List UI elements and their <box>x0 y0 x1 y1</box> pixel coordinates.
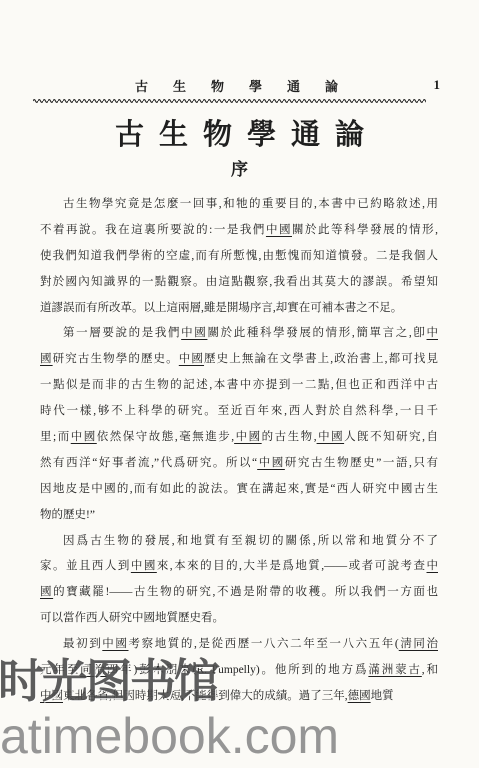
text-line: 物的歷史!” <box>40 503 438 529</box>
text-line: 一點似是而非的古生物的記述,本書中亦提到一二點,但也正和西洋中古 <box>40 373 438 399</box>
text-line: 使我們知道我們學術的空虛,而有所慙愧,由慙愧而知道憤發。二是我個人 <box>40 244 438 270</box>
text-line: 然有西洋“好事者流,”代爲研究。所以“中國研究古生物歷史”一語,只有 <box>40 451 438 477</box>
paragraph: 因爲古生物的發展,和地質有至親切的關係,所以常和地質分不了家。並且西人到中國來,… <box>40 529 438 633</box>
text-line: 古生物學究竟是怎麼一回事,和牠的重要目的,本書中已約略敘述,用 <box>40 192 438 218</box>
proper-noun-mark: 德國 <box>348 690 371 702</box>
watermark-cjk-text: 时光图书馆 <box>0 652 218 710</box>
text-line: 國的寶藏罷!——古生物的研究,不過是附帶的收穫。所以我們一方面也 <box>40 580 438 606</box>
text-line: 道謬誤而有所改革。以上這兩層,雖是開場序言,却實在可補本書之不足。 <box>40 296 438 322</box>
page-number: 1 <box>434 77 441 93</box>
proper-noun-mark: 淸同治 <box>399 638 438 650</box>
proper-noun-mark: 中國 <box>234 431 262 443</box>
text-line: 因地皮是中國的,而有如此的說法。實在講起來,實是“西人研究中國古生 <box>40 477 438 503</box>
proper-noun-mark: 中國 <box>181 327 207 339</box>
paragraph: 第一層要說的是我們中國關於此種科學發展的情形,簡單言之,卽中國研究古生物學的歷史… <box>40 321 438 528</box>
proper-noun-mark: 國 <box>40 353 53 365</box>
text-line: 對於國內知識界的一點觀察。由這點觀察,我看出其莫大的謬誤。希望知 <box>40 270 438 296</box>
proper-noun-mark: 中國 <box>257 457 285 469</box>
proper-noun-mark: 中國 <box>102 638 128 650</box>
proper-noun-mark: 中國 <box>131 560 157 572</box>
text-line: 時代一樣,够不上科學的研究。至近百年來,西人對於自然科學,一日千 <box>40 399 438 425</box>
book-title: 古生物學通論 <box>0 112 479 153</box>
proper-noun-mark: 中國 <box>179 353 204 365</box>
text-line: 第一層要說的是我們中國關於此種科學發展的情形,簡單言之,卽中 <box>40 321 438 347</box>
proper-noun-mark: 滿洲蒙古 <box>368 664 421 676</box>
body-text: 古生物學究竟是怎麼一回事,和牠的重要目的,本書中已約略敘述,用不着再說。我在這裏… <box>40 192 438 710</box>
text-line: 國研究古生物學的歷史。中國歷史上無論在文學書上,政治書上,都可找見 <box>40 347 438 373</box>
proper-noun-mark: 中 <box>427 560 438 572</box>
proper-noun-mark: 中國 <box>71 431 97 443</box>
wavy-divider-rule <box>33 92 426 100</box>
text-line: 不着再說。我在這裏所要說的:一是我們中國關於此等科學發展的情形, <box>40 218 438 244</box>
text-line: 可以當作西人研究中國地質歷史看。 <box>40 606 438 632</box>
proper-noun-mark: 中 <box>427 327 438 339</box>
text-line: 因爲古生物的發展,和地質有至親切的關係,所以常和地質分不了 <box>40 529 438 555</box>
proper-noun-mark: 中國 <box>317 431 345 443</box>
text-line: 里;而中國依然保守故態,毫無進步,中國的古生物,中國人旣不知研究,自 <box>40 425 438 451</box>
proper-noun-mark: 國 <box>40 586 53 598</box>
text-line: 家。並且西人到中國來,本來的目的,大半是爲地質,——或者可說考查中 <box>40 554 438 580</box>
paragraph: 古生物學究竟是怎麼一回事,和牠的重要目的,本書中已約略敘述,用不着再說。我在這裏… <box>40 192 438 321</box>
section-heading: 序 <box>0 155 479 180</box>
watermark-site-text: atimebook.com <box>0 706 339 766</box>
proper-noun-mark: 中國 <box>266 224 292 236</box>
